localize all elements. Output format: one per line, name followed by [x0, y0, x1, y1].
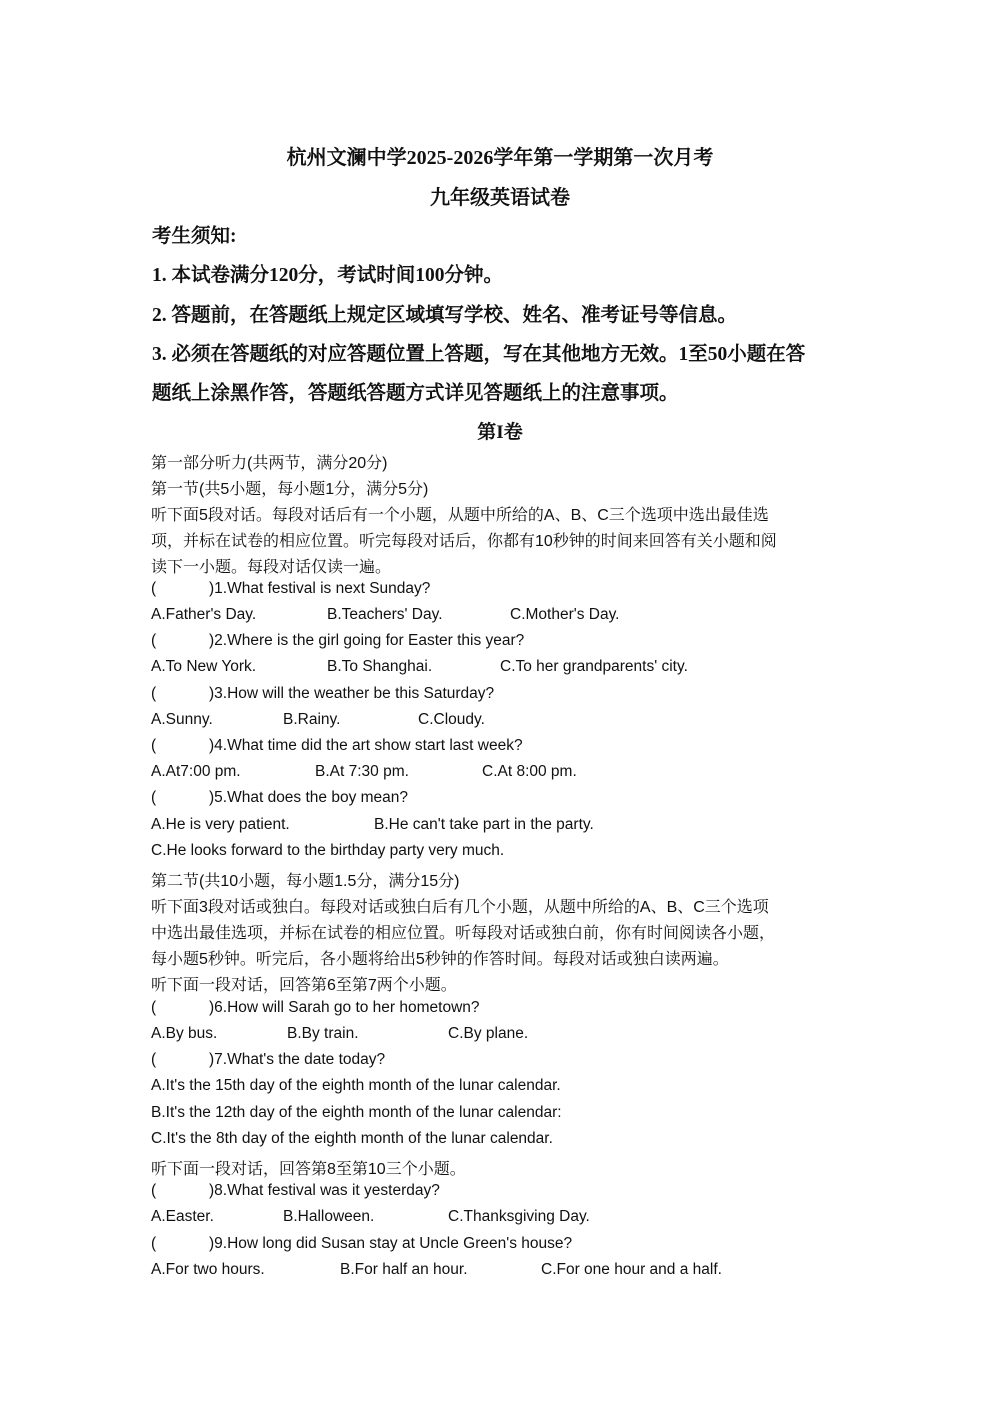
notice-item: 2. 答题前，在答题纸上规定区域填写学校、姓名、准考证号等信息。	[152, 299, 737, 327]
option-a: A.It's the 15th day of the eighth month …	[151, 1077, 561, 1095]
exam-page: 杭州文澜中学2025-2026学年第一学期第一次月考 九年级英语试卷 考生须知:…	[0, 0, 1000, 1414]
answer-blank[interactable]: (	[151, 580, 209, 598]
question-text: )3.How will the weather be this Saturday…	[209, 685, 494, 702]
option-a: A.Sunny.	[151, 711, 213, 729]
volume-title: 第I卷	[0, 417, 1000, 444]
notice-item: 题纸上涂黑作答，答题纸答题方式详见答题纸上的注意事项。	[152, 377, 679, 405]
option-c: C.Cloudy.	[418, 711, 485, 729]
option-b: B.Rainy.	[283, 711, 340, 729]
option-a: A.To New York.	[151, 658, 256, 676]
question-text: )9.How long did Susan stay at Uncle Gree…	[209, 1235, 572, 1252]
answer-blank[interactable]: (	[151, 789, 209, 807]
notice-item: 3. 必须在答题纸的对应答题位置上答题，写在其他地方无效。1至50小题在答	[152, 338, 805, 366]
answer-blank[interactable]: (	[151, 1235, 209, 1253]
option-b: B.To Shanghai.	[327, 658, 432, 676]
section2-instructions: 每小题5秒钟。听完后，各小题将给出5秒钟的作答时间。每段对话或独白读两遍。	[151, 946, 729, 969]
option-a: A.For two hours.	[151, 1261, 265, 1279]
option-c: C.For one hour and a half.	[541, 1261, 722, 1279]
section1-instructions: 项，并标在试卷的相应位置。听完每段对话后，你都有10秒钟的时间来回答有关小题和阅	[151, 528, 777, 551]
option-b: B.By train.	[287, 1025, 359, 1043]
answer-blank[interactable]: (	[151, 632, 209, 650]
part1-heading: 第一部分听力(共两节，满分20分)	[151, 450, 387, 473]
section1-heading: 第一节(共5小题，每小题1分，满分5分)	[151, 476, 428, 499]
option-a: A.He is very patient.	[151, 816, 290, 834]
question-text: )1.What festival is next Sunday?	[209, 580, 430, 597]
option-b: B.At 7:30 pm.	[315, 763, 409, 781]
question-3: ()3.How will the weather be this Saturda…	[151, 685, 494, 703]
answer-blank[interactable]: (	[151, 685, 209, 703]
option-c: C.He looks forward to the birthday party…	[151, 842, 504, 860]
dialog-prompt: 听下面一段对话，回答第8至第10三个小题。	[151, 1156, 466, 1179]
question-text: )5.What does the boy mean?	[209, 789, 408, 806]
option-a: A.By bus.	[151, 1025, 217, 1043]
question-7: ()7.What's the date today?	[151, 1051, 385, 1069]
question-1: ()1.What festival is next Sunday?	[151, 580, 430, 598]
question-text: )6.How will Sarah go to her hometown?	[209, 999, 480, 1016]
answer-blank[interactable]: (	[151, 1182, 209, 1200]
question-5: ()5.What does the boy mean?	[151, 789, 408, 807]
option-c: C.To her grandparents' city.	[500, 658, 688, 676]
option-b: B.Halloween.	[283, 1208, 374, 1226]
option-c: C.At 8:00 pm.	[482, 763, 577, 781]
question-9: ()9.How long did Susan stay at Uncle Gre…	[151, 1235, 572, 1253]
answer-blank[interactable]: (	[151, 737, 209, 755]
question-text: )8.What festival was it yesterday?	[209, 1182, 440, 1199]
section2-instructions: 中选出最佳选项，并标在试卷的相应位置。听每段对话或独白前，你有时间阅读各小题，	[151, 920, 775, 943]
answer-blank[interactable]: (	[151, 1051, 209, 1069]
option-b: B.He can't take part in the party.	[374, 816, 594, 834]
section1-instructions: 读下一小题。每段对话仅读一遍。	[151, 554, 391, 577]
option-b: B.It's the 12th day of the eighth month …	[151, 1104, 562, 1122]
question-4: ()4.What time did the art show start las…	[151, 737, 523, 755]
notice-item: 1. 本试卷满分120分，考试时间100分钟。	[152, 259, 503, 287]
question-2: ()2.Where is the girl going for Easter t…	[151, 632, 524, 650]
option-b: B.Teachers' Day.	[327, 606, 443, 624]
option-a: A.Father's Day.	[151, 606, 256, 624]
question-text: )7.What's the date today?	[209, 1051, 385, 1068]
question-text: )2.Where is the girl going for Easter th…	[209, 632, 524, 649]
option-a: A.At7:00 pm.	[151, 763, 241, 781]
question-8: ()8.What festival was it yesterday?	[151, 1182, 440, 1200]
section2-heading: 第二节(共10小题，每小题1.5分，满分15分)	[151, 868, 460, 891]
option-a: A.Easter.	[151, 1208, 214, 1226]
dialog-prompt: 听下面一段对话，回答第6至第7两个小题。	[151, 972, 457, 995]
question-text: )4.What time did the art show start last…	[209, 737, 523, 754]
section2-instructions: 听下面3段对话或独白。每段对话或独白后有几个小题，从题中所给的A、B、C三个选项	[151, 894, 769, 917]
option-c: C.By plane.	[448, 1025, 528, 1043]
exam-title: 杭州文澜中学2025-2026学年第一学期第一次月考	[0, 141, 1000, 170]
exam-subtitle: 九年级英语试卷	[0, 181, 1000, 210]
option-c: C.Mother's Day.	[510, 606, 619, 624]
option-c: C.Thanksgiving Day.	[448, 1208, 590, 1226]
option-b: B.For half an hour.	[340, 1261, 468, 1279]
section1-instructions: 听下面5段对话。每段对话后有一个小题，从题中所给的A、B、C三个选项中选出最佳选	[151, 502, 769, 525]
notice-heading: 考生须知:	[152, 220, 237, 248]
option-c: C.It's the 8th day of the eighth month o…	[151, 1130, 553, 1148]
question-6: ()6.How will Sarah go to her hometown?	[151, 999, 480, 1017]
answer-blank[interactable]: (	[151, 999, 209, 1017]
